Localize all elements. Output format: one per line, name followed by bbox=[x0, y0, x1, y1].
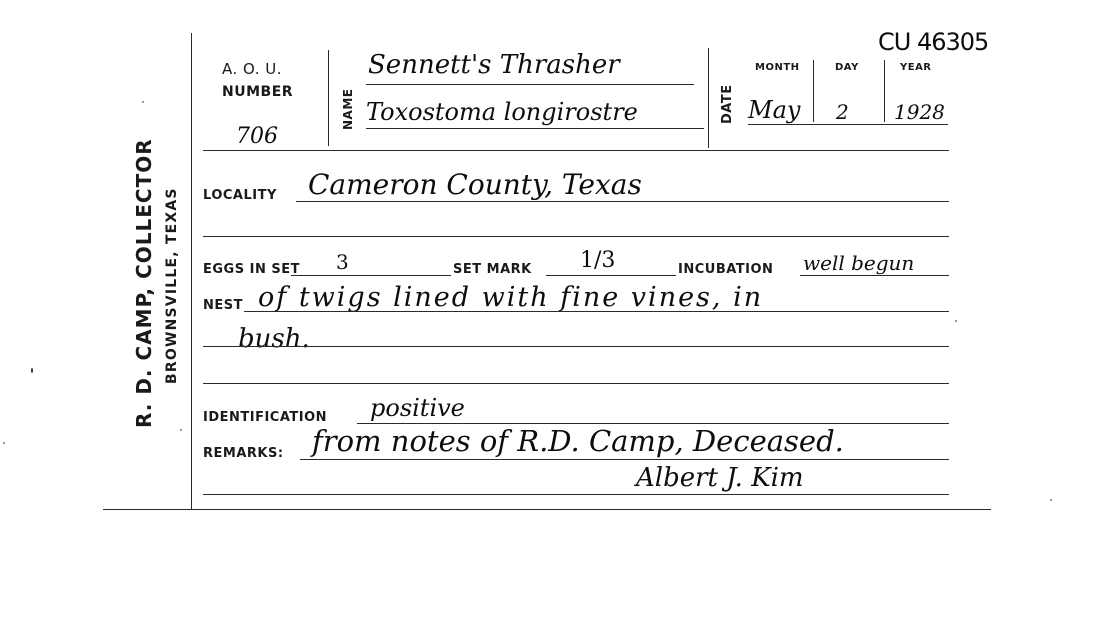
date-underline bbox=[748, 124, 948, 125]
scan-speck bbox=[142, 101, 144, 103]
nest-label: NEST bbox=[203, 298, 243, 313]
remarks-signature: Albert J. Kim bbox=[636, 463, 804, 493]
remarks-value: from notes of R.D. Camp, Deceased. bbox=[312, 424, 844, 458]
remarks-bottom-rule bbox=[203, 494, 949, 495]
nest-line2-rule bbox=[203, 346, 949, 347]
day-value: 2 bbox=[836, 100, 849, 124]
scan-speck bbox=[31, 368, 33, 373]
locality-bottom-rule bbox=[203, 236, 949, 237]
set-mark-underline bbox=[546, 275, 676, 276]
year-value: 1928 bbox=[894, 100, 945, 124]
remarks-underline bbox=[300, 459, 949, 460]
identification-label: IDENTIFICATION bbox=[203, 410, 327, 425]
eggs-in-set-underline bbox=[291, 275, 451, 276]
card-left-border bbox=[191, 33, 192, 510]
month-value: May bbox=[748, 96, 800, 124]
month-label: MONTH bbox=[755, 62, 800, 73]
remarks-label: REMARKS: bbox=[203, 446, 284, 461]
common-name-underline bbox=[366, 84, 694, 85]
set-mark-value: 1/3 bbox=[580, 248, 615, 273]
scan-speck bbox=[3, 442, 5, 444]
incubation-underline bbox=[800, 275, 949, 276]
aou-label-line1: A. O. U. bbox=[222, 60, 282, 78]
incubation-value: well begun bbox=[803, 251, 914, 275]
eggs-in-set-value: 3 bbox=[336, 250, 349, 274]
day-label: DAY bbox=[835, 62, 859, 73]
name-divider bbox=[708, 48, 709, 148]
nest-underline bbox=[244, 311, 949, 312]
header-bottom-rule bbox=[203, 150, 949, 151]
name-label: NAME bbox=[341, 89, 355, 130]
card-bottom-border bbox=[103, 509, 991, 510]
scientific-name-underline bbox=[366, 128, 704, 129]
date-label: DATE bbox=[720, 84, 735, 124]
incubation-label: INCUBATION bbox=[678, 262, 773, 277]
aou-number-value: 706 bbox=[236, 124, 278, 149]
scientific-name-value: Toxostoma longirostre bbox=[366, 98, 638, 126]
locality-value: Cameron County, Texas bbox=[308, 168, 642, 201]
set-mark-label: SET MARK bbox=[453, 262, 532, 277]
identification-value: positive bbox=[370, 394, 465, 422]
scan-speck bbox=[955, 320, 957, 322]
blank-rule bbox=[203, 383, 949, 384]
collector-location: BROWNSVILLE, TEXAS bbox=[164, 187, 180, 384]
month-day-divider bbox=[813, 60, 814, 122]
locality-underline bbox=[296, 201, 949, 202]
nest-value-line1: of twigs lined with fine vines, in bbox=[258, 282, 763, 313]
aou-label-line2: NUMBER bbox=[222, 84, 293, 100]
nest-value-line2: bush. bbox=[238, 324, 310, 354]
year-label: YEAR bbox=[900, 62, 932, 73]
scan-speck bbox=[1050, 499, 1052, 501]
common-name-value: Sennett's Thrasher bbox=[368, 50, 620, 80]
data-card: CU 46305 R. D. CAMP, COLLECTOR BROWNSVIL… bbox=[0, 0, 1100, 621]
scan-speck bbox=[180, 429, 182, 431]
collector-name: R. D. CAMP, COLLECTOR bbox=[132, 138, 156, 428]
locality-label: LOCALITY bbox=[203, 188, 277, 203]
day-year-divider bbox=[884, 60, 885, 122]
catalog-number: CU 46305 bbox=[878, 28, 988, 56]
eggs-in-set-label: EGGS IN SET bbox=[203, 262, 300, 277]
aou-divider bbox=[328, 50, 329, 146]
